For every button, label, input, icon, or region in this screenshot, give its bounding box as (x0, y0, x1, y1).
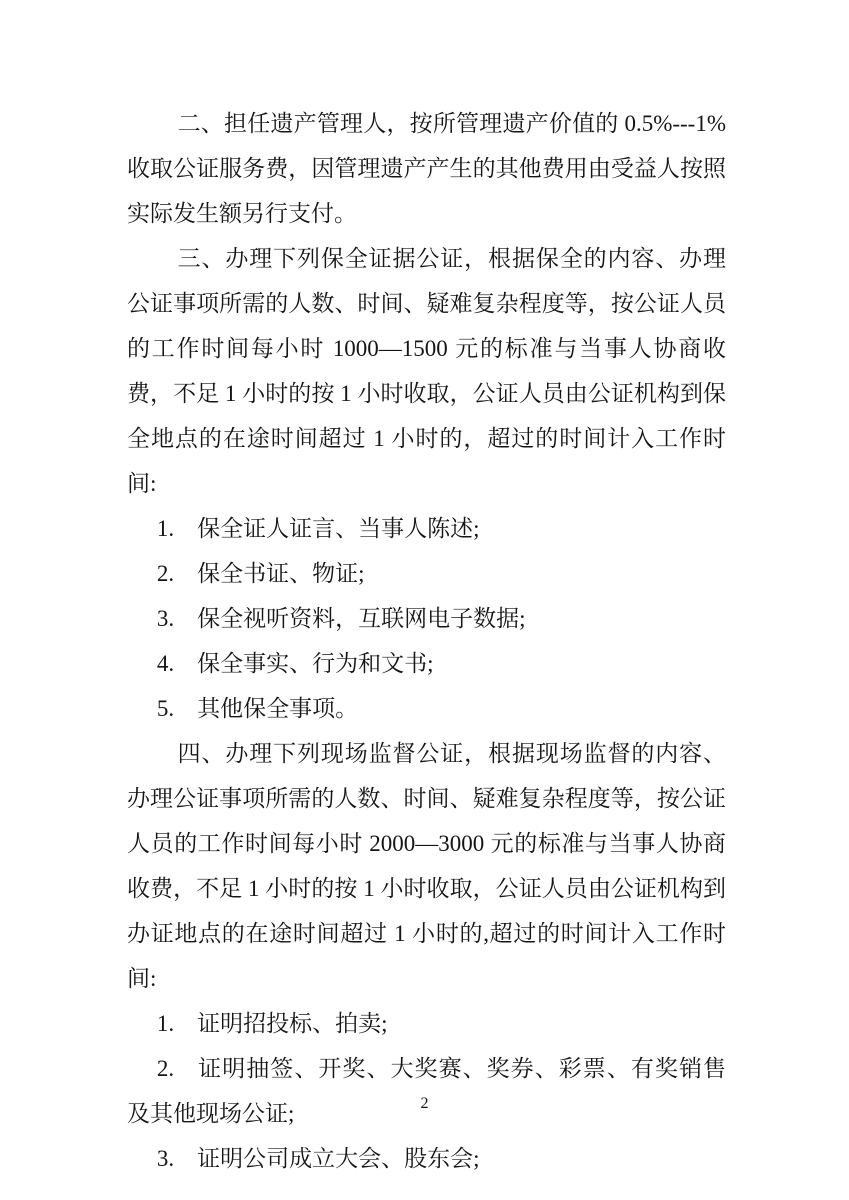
list-item-company-meetings: 3. 证明公司成立大会、股东会; (127, 1136, 726, 1181)
list-item-witness-testimony: 1. 保全证人证言、当事人陈述; (127, 506, 726, 551)
list-item-audiovisual-data: 3. 保全视听资料，互联网电子数据; (127, 596, 726, 641)
document-body: 二、担任遗产管理人，按所管理遗产价值的 0.5%---1%收取公证服务费，因管理… (127, 101, 726, 1181)
paragraph-onsite-supervision: 四、办理下列现场监督公证，根据现场监督的内容、办理公证事项所需的人数、时间、疑难… (127, 731, 726, 1001)
list-item-lottery-prize-sales: 2. 证明抽签、开奖、大奖赛、奖券、彩票、有奖销售及其他现场公证; (127, 1046, 726, 1136)
list-item-documentary-evidence: 2. 保全书证、物证; (127, 551, 726, 596)
list-item-other-preservation: 5. 其他保全事项。 (127, 686, 726, 731)
page-number: 2 (0, 1094, 849, 1114)
document-page: 二、担任遗产管理人，按所管理遗产价值的 0.5%---1%收取公证服务费，因管理… (0, 0, 849, 1200)
paragraph-estate-manager-fee: 二、担任遗产管理人，按所管理遗产价值的 0.5%---1%收取公证服务费，因管理… (127, 101, 726, 236)
paragraph-evidence-preservation: 三、办理下列保全证据公证，根据保全的内容、办理公证事项所需的人数、时间、疑难复杂… (127, 236, 726, 506)
list-item-facts-acts-documents: 4. 保全事实、行为和文书; (127, 641, 726, 686)
list-item-bidding-auction: 1. 证明招投标、拍卖; (127, 1001, 726, 1046)
